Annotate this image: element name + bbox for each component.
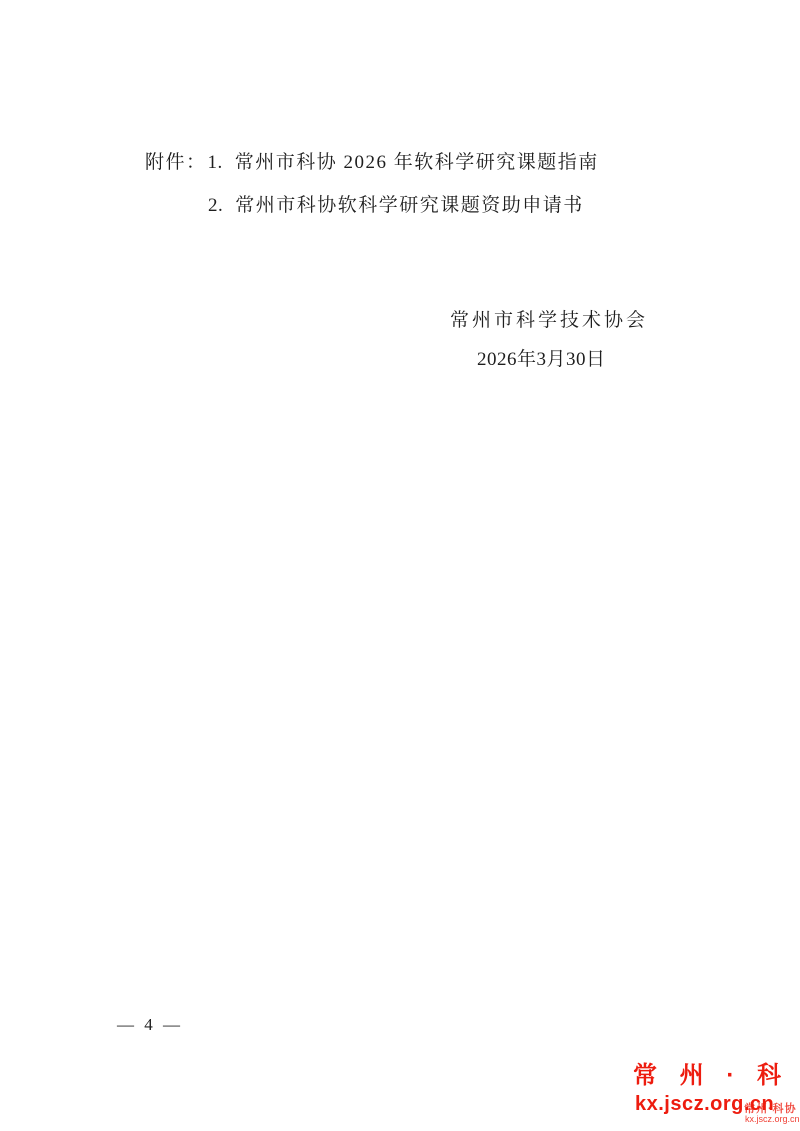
attachment-item: 2. 常州市科协软科学研究课题资助申请书: [145, 192, 599, 219]
document-page: 附件： 1. 常州市科协 2026 年软科学研究课题指南 2. 常州市科协软科学…: [0, 0, 800, 1131]
attachment-title: 常州市科协 2026 年软科学研究课题指南: [235, 149, 599, 176]
attachment-number: 1.: [208, 149, 223, 176]
attachment-list: 附件： 1. 常州市科协 2026 年软科学研究课题指南 2. 常州市科协软科学…: [145, 149, 599, 235]
attachment-title: 常州市科协软科学研究课题资助申请书: [235, 192, 584, 219]
page-number: — 4 —: [117, 1015, 183, 1035]
attachment-item: 附件： 1. 常州市科协 2026 年软科学研究课题指南: [145, 149, 599, 176]
attachment-number: 2.: [208, 192, 223, 219]
signature-date: 2026年3月30日: [477, 344, 606, 371]
attachment-label: 附件：: [145, 149, 207, 176]
signature-organization: 常州市科学技术协会: [450, 305, 648, 332]
watermark-small-url: kx.jscz.org.cn: [745, 1114, 800, 1124]
watermark-site-title: 常 州 · 科 协: [633, 1061, 800, 1091]
